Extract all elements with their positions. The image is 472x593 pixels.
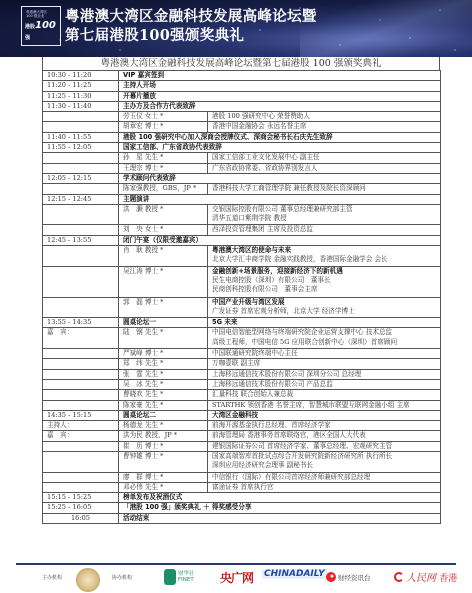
speaker-detail: 中信银行（国际）有限公司首席经济师兼研究部总经理 <box>208 472 441 482</box>
speaker-affiliation: 前海管理局 香港事务首席联络官，港区全国人大代表 <box>212 431 436 440</box>
speaker-affiliation: 交银国际控股有限公司 董事总经理兼研究部主管 <box>212 205 436 214</box>
role-label <box>43 297 119 318</box>
host-organizer-label: 主办机构 <box>42 574 62 581</box>
speaker-affiliation: 广发证券 首席宏观分析师，北京大学 经济学博士 <box>212 307 436 316</box>
speaker-name: 陆 钢 先生 * <box>119 328 208 349</box>
role-label <box>43 379 119 389</box>
session-row: 11:20 - 11:25主持人开场 <box>43 81 441 91</box>
host-seal-logo <box>76 568 100 592</box>
finet-en: FINET <box>178 577 195 583</box>
forum-time: 13:55 - 14:35 <box>43 318 119 328</box>
session-title: 港股 100 强研究中心加入深商会授牌仪式、深商会秘书长石庆先生致辞 <box>119 132 441 142</box>
milky-way-decoration <box>300 0 472 57</box>
speaker-affiliation: 上海移远通信技术股份有限公司 深圳分公司 总经理 <box>212 370 436 379</box>
session-row: 11:25 - 11:30开幕片播放 <box>43 91 441 101</box>
role-label <box>43 204 119 225</box>
top100-badge-logo: 粤港澳大湾区 100 强企业 港股100强 <box>21 6 61 46</box>
speaker-row: 廖 群 博士 *中信银行（国际）有限公司首席经济师兼研究部总经理 <box>43 472 441 482</box>
cj-radio-logo-icon <box>326 572 336 582</box>
session-title: 国家工信部、广东省政协代表致辞 <box>119 143 441 153</box>
speaker-detail: 港股 100 强研究中心 荣誉赞助人 <box>208 112 441 122</box>
session-title: 开幕片播放 <box>119 91 441 101</box>
role-label <box>43 246 119 267</box>
speaker-row: 陈家豪 先生 *STARTHK 领创香港 名誉主席，智慧城市联盟互联网金融小组 … <box>43 400 441 410</box>
speaker-name: 曹钟雄 博士 * <box>119 451 208 472</box>
people-hk-logo: 人民网 香港 <box>406 569 457 584</box>
forum-title: 圆桌论坛一 <box>119 318 208 328</box>
speaker-affiliation: 上海移远通信技术股份有限公司 产品总监 <box>212 380 436 389</box>
talk-topic: 粤港澳大湾区的使命与未来 <box>212 246 436 255</box>
speaker-affiliation: STARTHK 领创香港 名誉主席，智慧城市联盟互联网金融小组 主席 <box>212 401 436 410</box>
speaker-name: 郑 纬 先生 * <box>119 359 208 369</box>
speaker-row: 主持人：杨德龙 先生 *前海开源基金执行总经理、首席经济学家 <box>43 421 441 431</box>
cj-radio-logo-text: 财经资讯台 <box>338 573 371 582</box>
speaker-detail: 西泽投资管理集团 主席及投资总监 <box>208 225 441 235</box>
speaker-row: 肖 耿 教授 *粤港澳大湾区的使命与未来北京大学汇丰商学院 金融实践教授，香港国… <box>43 246 441 267</box>
session-row: 15:25 - 16:05「港股 100 强」颁奖典礼 ＋ 得奖感受分享 <box>43 503 441 513</box>
co-organizer-label: 协办机构 <box>112 574 132 581</box>
session-time: 11:30 - 11:40 <box>43 101 119 111</box>
chinadaily-logo: CHINADAILY <box>262 569 327 579</box>
people-text: 人民网 <box>406 573 436 584</box>
speaker-name: 杨德龙 先生 * <box>119 421 208 431</box>
speaker-name: 吴江涛 博士 * <box>119 266 208 297</box>
speaker-row: 王理宗 博士 *广东省政协常委、省政协界别发言人 <box>43 163 441 173</box>
speaker-affiliation: 港股 100 强研究中心 荣誉赞助人 <box>212 112 436 121</box>
banner-title: 粤港澳大湾区金融科技发展高峰论坛暨 第七届港股100强颁奖典礼 <box>65 7 317 45</box>
speaker-name: 严斌峰 博士 * <box>119 349 208 359</box>
speaker-detail: 前海开源基金执行总经理、首席经济学家 <box>208 421 441 431</box>
session-row: 11:30 - 11:40主办方及合作方代表致辞 <box>43 101 441 111</box>
speaker-name: 曹晓欢 先生 * <box>119 390 208 400</box>
speaker-name: 王理宗 博士 * <box>119 163 208 173</box>
session-row: 11:55 - 12:05国家工信部、广东省政协代表致辞 <box>43 143 441 153</box>
session-title: 主持人开场 <box>119 81 441 91</box>
session-title: 主办方及合作方代表致辞 <box>119 101 441 111</box>
speaker-name: 陈家豪 先生 * <box>119 400 208 410</box>
session-time: 10:30 - 11:20 <box>43 71 119 81</box>
speaker-detail: 建银国际证券公司 首席经济学家、董事总经理、宏观研究主管 <box>208 441 441 451</box>
session-time: 15:25 - 16:05 <box>43 503 119 513</box>
role-label: 主持人： <box>43 421 119 431</box>
speaker-affiliation: 汇量科技 联合创始人兼总裁 <box>212 390 436 399</box>
speaker-affiliation: 西泽投资管理集团 主席及投资总监 <box>212 225 436 234</box>
speaker-detail: 富途证券 首席执行官 <box>208 482 441 492</box>
session-title: 主题演讲 <box>119 194 441 204</box>
role-label <box>43 184 119 194</box>
speaker-affiliation: 清华五道口紫荆学院 教授 <box>212 214 436 223</box>
speaker-row: 吴江涛 博士 *金融创新+场景服务，迎接新经济下的新机遇民生电商控股（深圳）有限… <box>43 266 441 297</box>
speaker-row: 郭 磊 博士 *中国产业升级与湾区发展广发证券 首席宏观分析师，北京大学 经济学… <box>43 297 441 318</box>
session-time: 11:20 - 11:25 <box>43 81 119 91</box>
speaker-detail: 粤港澳大湾区的使命与未来北京大学汇丰商学院 金融实践教授，香港国际金融学会 会长 <box>208 246 441 267</box>
speaker-row: 孙 星 先生 *国家工信部工业文化发展中心 副主任 <box>43 153 441 163</box>
session-time: 12:45 - 13:55 <box>43 235 119 245</box>
session-title: 榜单发布及祝酒仪式 <box>119 493 441 503</box>
speaker-name: 廖 群 博士 * <box>119 472 208 482</box>
speaker-detail: 上海移远通信技术股份有限公司 深圳分公司 总经理 <box>208 369 441 379</box>
speaker-name: 张 霆 先生 * <box>119 369 208 379</box>
speaker-detail: 中国联通研究院终端中心主任 <box>208 349 441 359</box>
forum-time: 14:35 - 15:15 <box>43 410 119 420</box>
role-label <box>43 482 119 492</box>
session-title: 闭门午宴（仅限受邀嘉宾） <box>119 235 441 245</box>
speaker-name: 劳玉仪 女士 * <box>119 112 208 122</box>
speaker-row: 胡章宏 博士 *香港中国金融协会 永远名誉主席 <box>43 122 441 132</box>
speaker-name: 洪 灏 教授 * <box>119 204 208 225</box>
speaker-detail: 广东省政协常委、省政协界别发言人 <box>208 163 441 173</box>
speaker-name: 肖 耿 教授 * <box>119 246 208 267</box>
schedule-document: 粤港澳大湾区金融科技发展高峰论坛暨第七届港股 100 强颁奖典礼 10:30 -… <box>42 57 440 524</box>
people-logo-icon <box>394 572 404 582</box>
role-label <box>43 441 119 451</box>
talk-topic: 金融创新+场景服务，迎接新经济下的新机遇 <box>212 267 436 276</box>
header-banner: 粤港澳大湾区 100 强企业 港股100强 粤港澳大湾区金融科技发展高峰论坛暨 … <box>0 0 472 57</box>
role-label <box>43 390 119 400</box>
speaker-affiliation: 中国联通研究院终端中心主任 <box>212 349 436 358</box>
speaker-name: 洪为民 教授，JP * <box>119 431 208 441</box>
speaker-name: 刘 央 女士 * <box>119 225 208 235</box>
session-row: 11:40 - 11:55港股 100 强研究中心加入深商会授牌仪式、深商会秘书… <box>43 132 441 142</box>
role-label <box>43 451 119 472</box>
speaker-row: 吴 冰 先生 *上海移远通信技术股份有限公司 产品总监 <box>43 379 441 389</box>
speaker-name: 邓必伟 先生 * <box>119 482 208 492</box>
speaker-detail: 香港科技大学工商管理学院 兼任教授及院长资深顾问 <box>208 184 441 194</box>
role-label <box>43 225 119 235</box>
speaker-row: 邓必伟 先生 *富途证券 首席执行官 <box>43 482 441 492</box>
speaker-detail: 中国电信智能型网络与终端研究院企业运营支撑中心 技术总监高级工程师，中国电信 5… <box>208 328 441 349</box>
speaker-row: 刘 央 女士 *西泽投资管理集团 主席及投资总监 <box>43 225 441 235</box>
speaker-row: 曹钟雄 博士 *国家高端智库首批试点综合开发研究院新经济研究所 执行所长深圳应用… <box>43 451 441 472</box>
session-row: 12:45 - 13:55闭门午宴（仅限受邀嘉宾） <box>43 235 441 245</box>
schedule-table: 10:30 - 11:20VIP 嘉宾签到11:20 - 11:25主持人开场1… <box>42 70 441 524</box>
forum-theme: 大湾区金融科技 <box>208 410 441 420</box>
speaker-name: 胡章宏 博士 * <box>119 122 208 132</box>
speaker-row: 严斌峰 博士 *中国联通研究院终端中心主任 <box>43 349 441 359</box>
speaker-detail: 汇量科技 联合创始人兼总裁 <box>208 390 441 400</box>
speaker-affiliation: 民商创科控股有限公司 董事会主席 <box>212 285 436 294</box>
speaker-name: 孙 星 先生 * <box>119 153 208 163</box>
session-time: 15:15 - 15:25 <box>43 493 119 503</box>
forum-row: 14:35 - 15:15圆桌论坛二大湾区金融科技 <box>43 410 441 420</box>
session-row: 12:15 - 12:45主题演讲 <box>43 194 441 204</box>
document-title: 粤港澳大湾区金融科技发展高峰论坛暨第七届港股 100 强颁奖典礼 <box>42 57 440 70</box>
session-row: 12:05 - 12:15学术顾问代表致辞 <box>43 173 441 183</box>
badge-suffix: 强 <box>25 35 30 41</box>
footer-divider <box>16 563 456 565</box>
people-hk-text: 香港 <box>439 574 457 584</box>
finet-logo-text: 财华社 FINET <box>178 571 195 583</box>
speaker-detail: 交银国际控股有限公司 董事总经理兼研究部主管清华五道口紫荆学院 教授 <box>208 204 441 225</box>
session-title: VIP 嘉宾签到 <box>119 71 441 81</box>
speaker-row: 曹晓欢 先生 *汇量科技 联合创始人兼总裁 <box>43 390 441 400</box>
speaker-row: 嘉 宾：陆 钢 先生 *中国电信智能型网络与终端研究院企业运营支撑中心 技术总监… <box>43 328 441 349</box>
banner-title-line1: 粤港澳大湾区金融科技发展高峰论坛暨 <box>65 7 317 26</box>
session-row: 16:05活动结束 <box>43 513 441 523</box>
speaker-row: 张 霆 先生 *上海移远通信技术股份有限公司 深圳分公司 总经理 <box>43 369 441 379</box>
speaker-affiliation: 中信银行（国际）有限公司首席经济师兼研究部总经理 <box>212 473 436 482</box>
speaker-affiliation: 广东省政协常委、省政协界别发言人 <box>212 164 436 173</box>
cnr-logo: 央广网 <box>220 569 253 586</box>
speaker-affiliation: 高级工程师，中国电信 5G 应用联合创新中心（深圳）首席顾问 <box>212 338 436 347</box>
role-label: 嘉 宾： <box>43 431 119 441</box>
speaker-affiliation: 香港科技大学工商管理学院 兼任教授及院长资深顾问 <box>212 184 436 193</box>
speaker-affiliation: 北京大学汇丰商学院 金融实践教授，香港国际金融学会 会长 <box>212 255 436 264</box>
role-label: 嘉 宾： <box>43 328 119 349</box>
role-label <box>43 400 119 410</box>
session-title: 学术顾问代表致辞 <box>119 173 441 183</box>
forum-title: 圆桌论坛二 <box>119 410 208 420</box>
speaker-name: 陈家强教授，GBS，JP * <box>119 184 208 194</box>
session-time: 16:05 <box>43 513 119 523</box>
speaker-affiliation: 中国电信智能型网络与终端研究院企业运营支撑中心 技术总监 <box>212 328 436 337</box>
speaker-name: 郭 磊 博士 * <box>119 297 208 318</box>
speaker-detail: 万咖壹联 副主席 <box>208 359 441 369</box>
speaker-affiliation: 香港中国金融协会 永远名誉主席 <box>212 122 436 131</box>
speaker-detail: 香港中国金融协会 永远名誉主席 <box>208 122 441 132</box>
speaker-affiliation: 深圳应用经济研究会理事 副秘书长 <box>212 461 436 470</box>
role-label <box>43 472 119 482</box>
role-label <box>43 163 119 173</box>
speaker-row: 陈家强教授，GBS，JP *香港科技大学工商管理学院 兼任教授及院长资深顾问 <box>43 184 441 194</box>
session-row: 15:15 - 15:25榜单发布及祝酒仪式 <box>43 493 441 503</box>
badge-number: 100 <box>35 20 56 31</box>
speaker-affiliation: 民生电商控股（深圳）有限公司 董事长 <box>212 276 436 285</box>
role-label <box>43 153 119 163</box>
session-title: 「港股 100 强」颁奖典礼 ＋ 得奖感受分享 <box>119 503 441 513</box>
speaker-detail: 前海管理局 香港事务首席联络官，港区全国人大代表 <box>208 431 441 441</box>
finet-logo-icon <box>164 569 176 585</box>
role-label <box>43 266 119 297</box>
speaker-detail: 国家高端智库首批试点综合开发研究院新经济研究所 执行所长深圳应用经济研究会理事 … <box>208 451 441 472</box>
session-time: 11:40 - 11:55 <box>43 132 119 142</box>
badge-small-line: 100 强企业 <box>26 14 47 18</box>
session-time: 12:05 - 12:15 <box>43 173 119 183</box>
speaker-row: 崔 历 博士 *建银国际证券公司 首席经济学家、董事总经理、宏观研究主管 <box>43 441 441 451</box>
speaker-detail: 中国产业升级与湾区发展广发证券 首席宏观分析师，北京大学 经济学博士 <box>208 297 441 318</box>
speaker-row: 洪 灏 教授 *交银国际控股有限公司 董事总经理兼研究部主管清华五道口紫荆学院 … <box>43 204 441 225</box>
speaker-row: 郑 纬 先生 *万咖壹联 副主席 <box>43 359 441 369</box>
speaker-affiliation: 富途证券 首席执行官 <box>212 483 436 492</box>
session-time: 11:55 - 12:05 <box>43 143 119 153</box>
speaker-detail: 上海移远通信技术股份有限公司 产品总监 <box>208 379 441 389</box>
speaker-row: 嘉 宾：洪为民 教授，JP *前海管理局 香港事务首席联络官，港区全国人大代表 <box>43 431 441 441</box>
role-label <box>43 359 119 369</box>
speaker-affiliation: 万咖壹联 副主席 <box>212 359 436 368</box>
forum-row: 13:55 - 14:35圆桌论坛一5G 未来 <box>43 318 441 328</box>
speaker-affiliation: 建银国际证券公司 首席经济学家、董事总经理、宏观研究主管 <box>212 442 436 451</box>
session-title: 活动结束 <box>119 513 441 523</box>
session-time: 12:15 - 12:45 <box>43 194 119 204</box>
badge-prefix: 港股 <box>25 24 35 30</box>
role-label <box>43 122 119 132</box>
talk-topic: 中国产业升级与湾区发展 <box>212 298 436 307</box>
speaker-detail: 国家工信部工业文化发展中心 副主任 <box>208 153 441 163</box>
forum-theme: 5G 未来 <box>208 318 441 328</box>
speaker-row: 劳玉仪 女士 *港股 100 强研究中心 荣誉赞助人 <box>43 112 441 122</box>
session-time: 11:25 - 11:30 <box>43 91 119 101</box>
speaker-affiliation: 国家工信部工业文化发展中心 副主任 <box>212 153 436 162</box>
speaker-detail: 金融创新+场景服务，迎接新经济下的新机遇民生电商控股（深圳）有限公司 董事长民商… <box>208 266 441 297</box>
speaker-name: 崔 历 博士 * <box>119 441 208 451</box>
speaker-affiliation: 前海开源基金执行总经理、首席经济学家 <box>212 421 436 430</box>
speaker-detail: STARTHK 领创香港 名誉主席，智慧城市联盟互联网金融小组 主席 <box>208 400 441 410</box>
session-row: 10:30 - 11:20VIP 嘉宾签到 <box>43 71 441 81</box>
role-label <box>43 112 119 122</box>
role-label <box>43 369 119 379</box>
role-label <box>43 349 119 359</box>
banner-title-line2: 第七届港股100强颁奖典礼 <box>65 26 317 45</box>
speaker-name: 吴 冰 先生 * <box>119 379 208 389</box>
speaker-affiliation: 国家高端智库首批试点综合开发研究院新经济研究所 执行所长 <box>212 452 436 461</box>
